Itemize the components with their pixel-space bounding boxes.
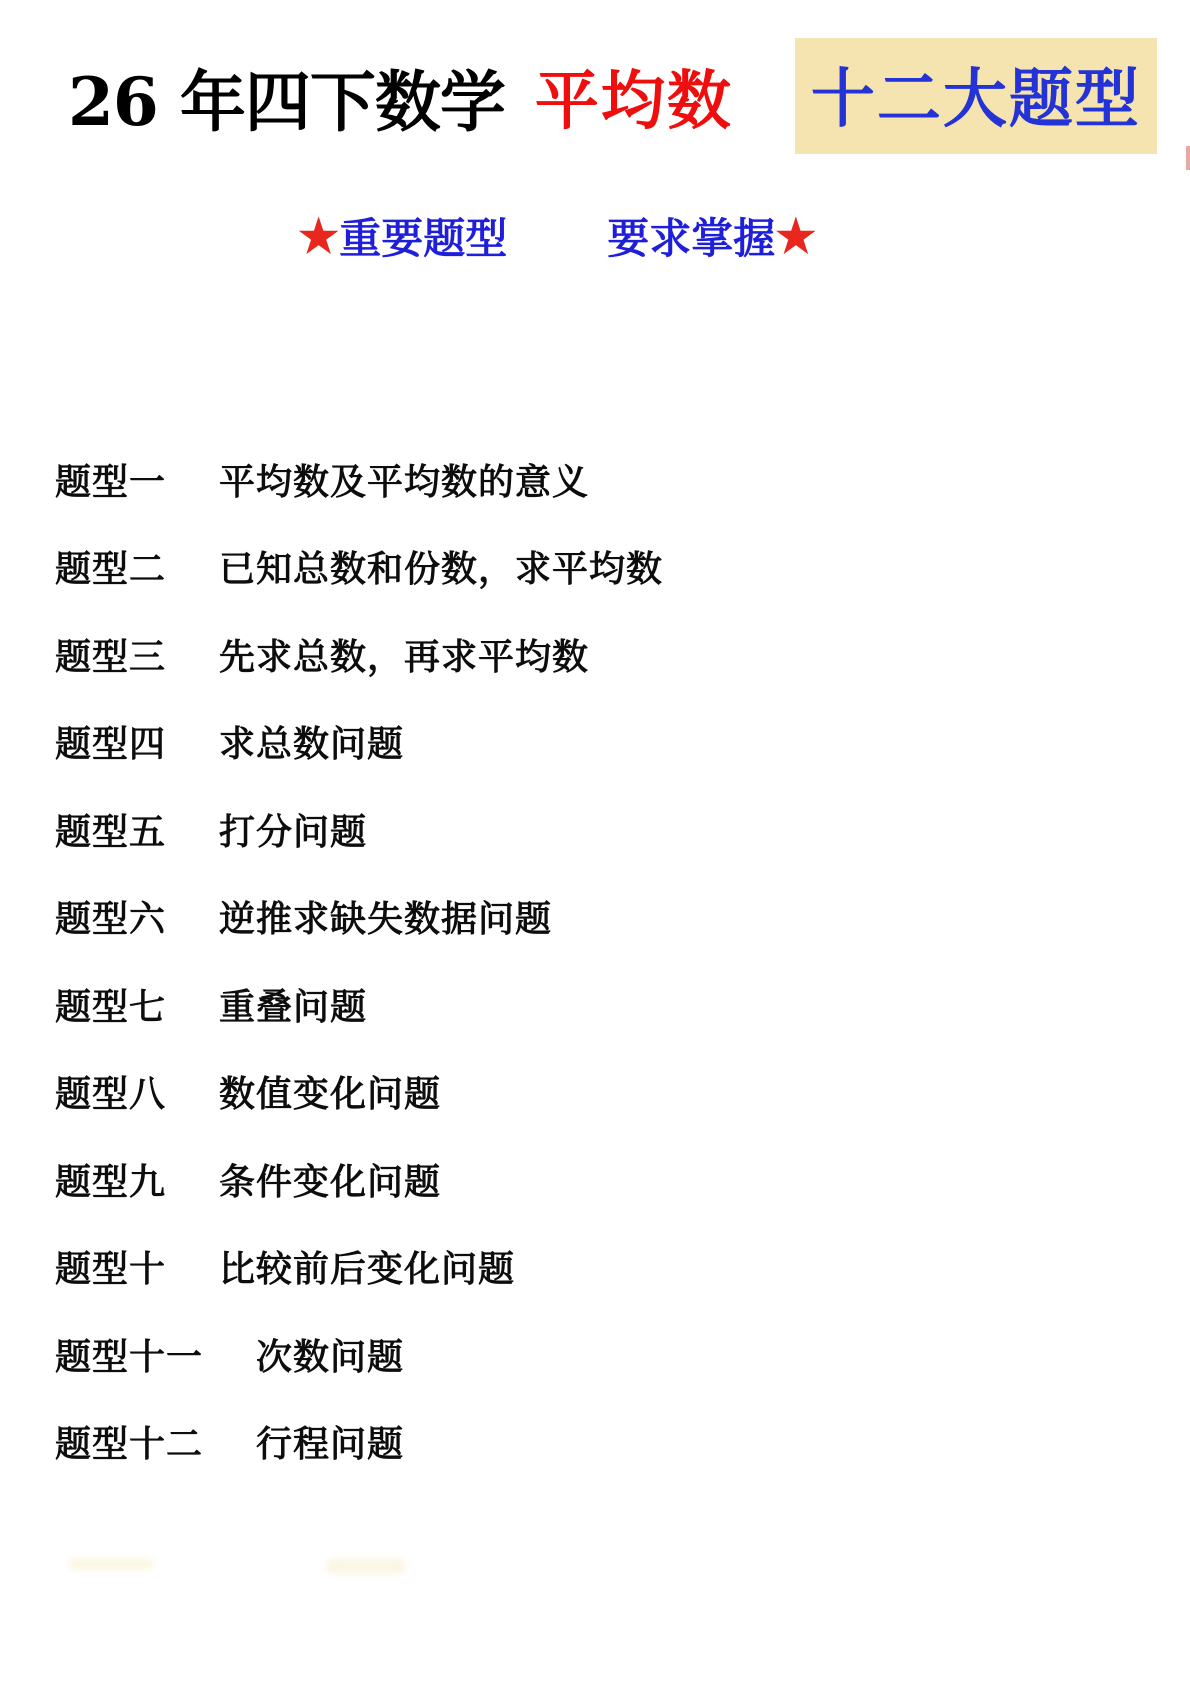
item-text: 先求总数，再求平均数: [219, 629, 589, 680]
list-item: 题型二 已知总数和份数，求平均数: [55, 541, 663, 592]
item-text: 求总数问题: [219, 716, 404, 767]
item-label: 题型八: [55, 1066, 166, 1117]
document-page: 26 年四下数学 平均数 十二大题型 ★ 重要题型 要求掌握 ★ 题型一 平均数…: [0, 0, 1190, 1683]
list-item: 题型七 重叠问题: [55, 979, 367, 1030]
item-text: 平均数及平均数的意义: [219, 454, 589, 505]
subtitle-right-text: 要求掌握: [607, 206, 775, 266]
list-item: 题型九 条件变化问题: [55, 1154, 441, 1205]
star-icon: ★: [298, 213, 339, 259]
list-item: 题型八 数值变化问题: [55, 1066, 441, 1117]
list-item: 题型一 平均数及平均数的意义: [55, 454, 589, 505]
list-item: 题型三 先求总数，再求平均数: [55, 629, 589, 680]
item-text: 次数问题: [256, 1329, 404, 1380]
item-label: 题型十二: [55, 1416, 203, 1467]
item-text: 行程问题: [256, 1416, 404, 1467]
item-label: 题型三: [55, 629, 166, 680]
edge-artifact: [1186, 146, 1190, 170]
item-text: 条件变化问题: [219, 1154, 441, 1205]
item-label: 题型四: [55, 716, 166, 767]
item-label: 题型七: [55, 979, 166, 1030]
item-text: 已知总数和份数，求平均数: [219, 541, 663, 592]
title-course-part: 26 年四下数学: [68, 49, 505, 144]
title-highlighted-part: 十二大题型: [795, 38, 1157, 154]
item-label: 题型五: [55, 804, 166, 855]
item-text: 数值变化问题: [219, 1066, 441, 1117]
list-item: 题型十二 行程问题: [55, 1416, 404, 1467]
list-item: 题型十一 次数问题: [55, 1329, 404, 1380]
page-title: 26 年四下数学 平均数 十二大题型: [68, 38, 1157, 154]
star-icon: ★: [775, 213, 816, 259]
list-item: 题型五 打分问题: [55, 804, 367, 855]
item-text: 打分问题: [219, 804, 367, 855]
item-label: 题型六: [55, 891, 166, 942]
item-text: 比较前后变化问题: [219, 1241, 515, 1292]
item-label: 题型二: [55, 541, 166, 592]
faint-smudge: [68, 1558, 154, 1570]
item-text: 重叠问题: [219, 979, 367, 1030]
item-label: 题型十一: [55, 1329, 203, 1380]
faint-smudge: [326, 1558, 406, 1574]
subtitle-left-text: 重要题型: [339, 206, 507, 266]
item-label: 题型九: [55, 1154, 166, 1205]
item-text: 逆推求缺失数据问题: [219, 891, 552, 942]
list-item: 题型十 比较前后变化问题: [55, 1241, 515, 1292]
item-label: 题型十: [55, 1241, 166, 1292]
title-topic-part: 平均数: [535, 50, 733, 142]
list-item: 题型四 求总数问题: [55, 716, 404, 767]
item-label: 题型一: [55, 454, 166, 505]
list-item: 题型六 逆推求缺失数据问题: [55, 891, 552, 942]
subtitle: ★ 重要题型 要求掌握 ★: [298, 206, 817, 266]
